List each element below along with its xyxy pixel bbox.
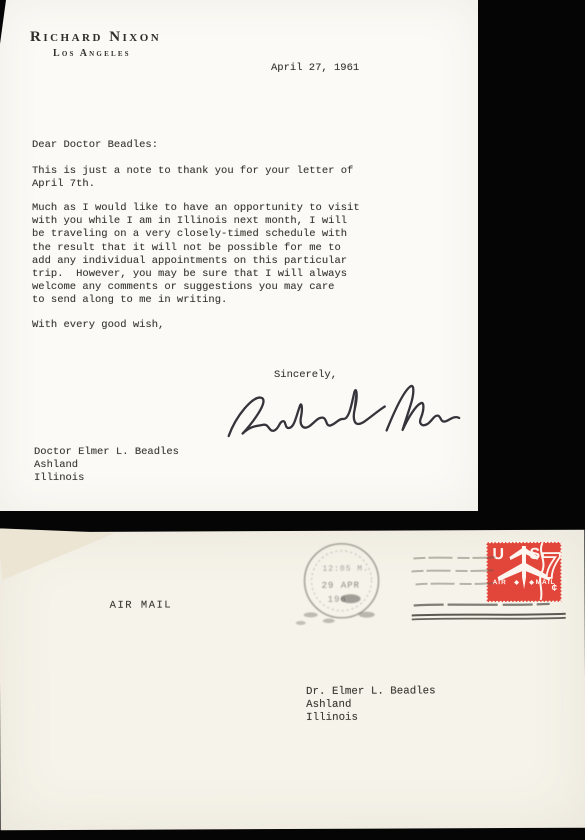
envelope-corner-fold xyxy=(0,528,116,581)
postmark-stamp: 12:05 M. 29 APR 196 xyxy=(294,535,389,635)
postmark-time: 12:05 M. xyxy=(322,565,368,574)
letter-page: Richard Nixon Los Angeles April 27, 1961… xyxy=(0,0,478,511)
salutation: Dear Doctor Beadles: xyxy=(32,139,158,152)
letter-paragraph-2: Much as I would like to have an opportun… xyxy=(32,202,360,308)
cancellation-lines xyxy=(409,550,567,625)
letter-date: April 27, 1961 xyxy=(271,62,359,75)
closing-line: Sincerely, xyxy=(274,369,337,382)
scanned-document-background: Richard Nixon Los Angeles April 27, 1961… xyxy=(0,0,585,840)
letterhead-name: Richard Nixon xyxy=(30,29,161,46)
envelope: AIR MAIL 12:05 M. 29 APR 196 U S xyxy=(0,530,585,831)
postmark-date: 29 APR xyxy=(322,581,360,591)
letterhead-location: Los Angeles xyxy=(53,48,131,59)
recipient-address-block: Doctor Elmer L. Beadles Ashland Illinois xyxy=(34,446,179,486)
letter-paragraph-1: This is just a note to thank you for you… xyxy=(32,165,353,191)
scan-corner-notch xyxy=(0,0,6,44)
airmail-label: AIR MAIL xyxy=(110,600,172,613)
handwritten-signature xyxy=(217,378,469,451)
envelope-address-block: Dr. Elmer L. Beadles Ashland Illinois xyxy=(306,685,436,724)
letter-paragraph-3: With every good wish, xyxy=(32,319,164,332)
